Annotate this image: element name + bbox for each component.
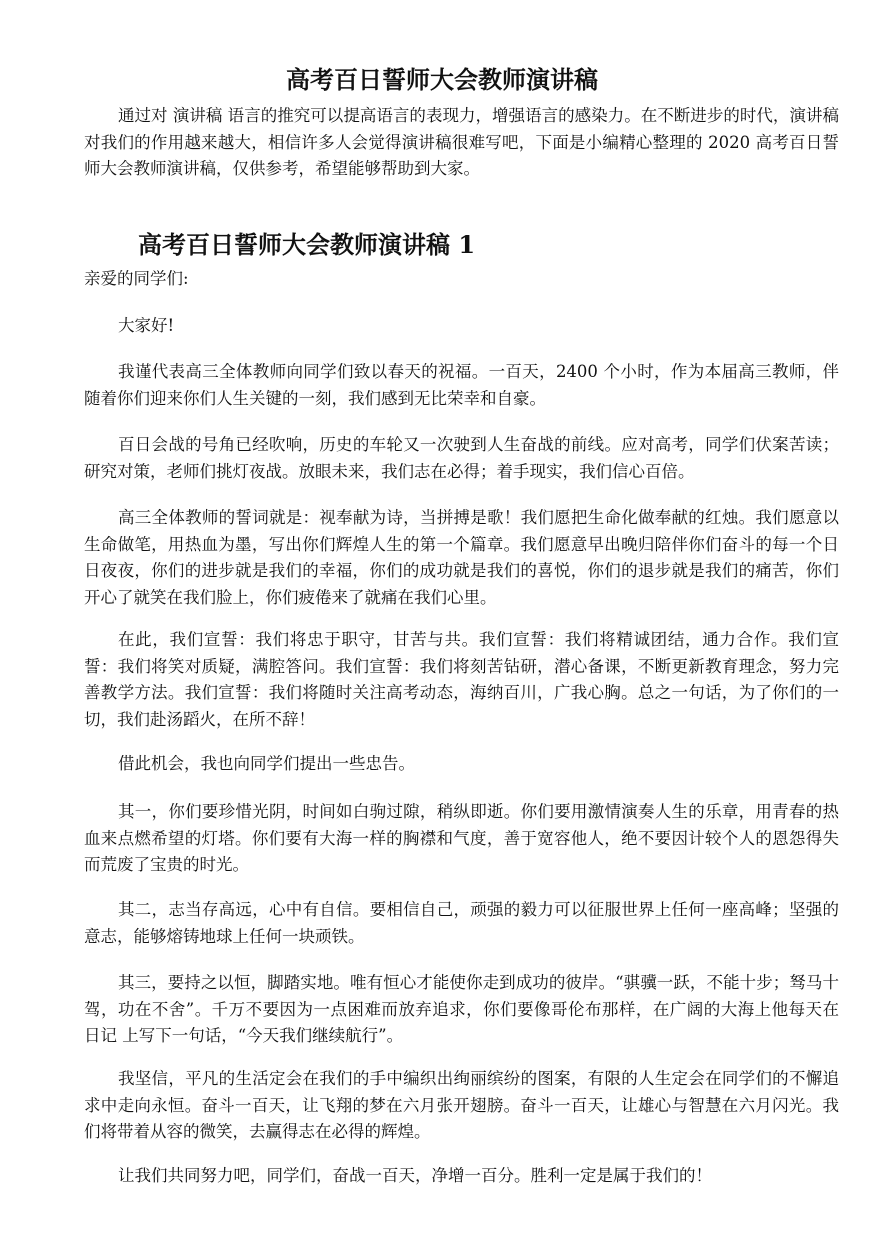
paragraph-1: 我谨代表高三全体教师向同学们致以春天的祝福。一百天，2400 个小时，作为本届高…	[84, 359, 839, 412]
paragraph-5: 借此机会，我也向同学们提出一些忠告。	[84, 751, 839, 778]
paragraph-greeting: 大家好!	[84, 313, 839, 340]
paragraph-10: 让我们共同努力吧，同学们，奋战一百天，净增一百分。胜利一定是属于我们的！	[84, 1163, 839, 1190]
salutation: 亲爱的同学们:	[84, 266, 839, 293]
paragraph-4: 在此，我们宣誓：我们将忠于职守，甘苦与共。我们宣誓：我们将精诚团结，通力合作。我…	[84, 627, 839, 733]
intro-paragraph: 通过对 演讲稿 语言的推究可以提高语言的表现力，增强语言的感染力。在不断进步的时…	[84, 103, 839, 183]
paragraph-2: 百日会战的号角已经吹响，历史的车轮又一次驶到人生奋战的前线。应对高考，同学们伏案…	[84, 432, 839, 485]
paragraph-6: 其一，你们要珍惜光阴，时间如白驹过隙，稍纵即逝。你们要用激情演奏人生的乐章，用青…	[84, 799, 839, 879]
section-title: 高考百日誓师大会教师演讲稿 1	[138, 225, 475, 260]
document-title: 高考百日誓师大会教师演讲稿	[0, 60, 884, 95]
document-page: 高考百日誓师大会教师演讲稿 通过对 演讲稿 语言的推究可以提高语言的表现力，增强…	[0, 0, 884, 1250]
paragraph-8: 其三，要持之以恒，脚踏实地。唯有恒心才能使你走到成功的彼岸。“骐骥一跃，不能十步…	[84, 970, 839, 1050]
paragraph-9: 我坚信，平凡的生活定会在我们的手中编织出绚丽缤纷的图案，有限的人生定会在同学们的…	[84, 1066, 839, 1146]
paragraph-3: 高三全体教师的誓词就是：视奉献为诗，当拼搏是歌！我们愿把生命化做奉献的红烛。我们…	[84, 505, 839, 611]
paragraph-7: 其二，志当存高远，心中有自信。要相信自己，顽强的毅力可以征服世界上任何一座高峰；…	[84, 897, 839, 950]
